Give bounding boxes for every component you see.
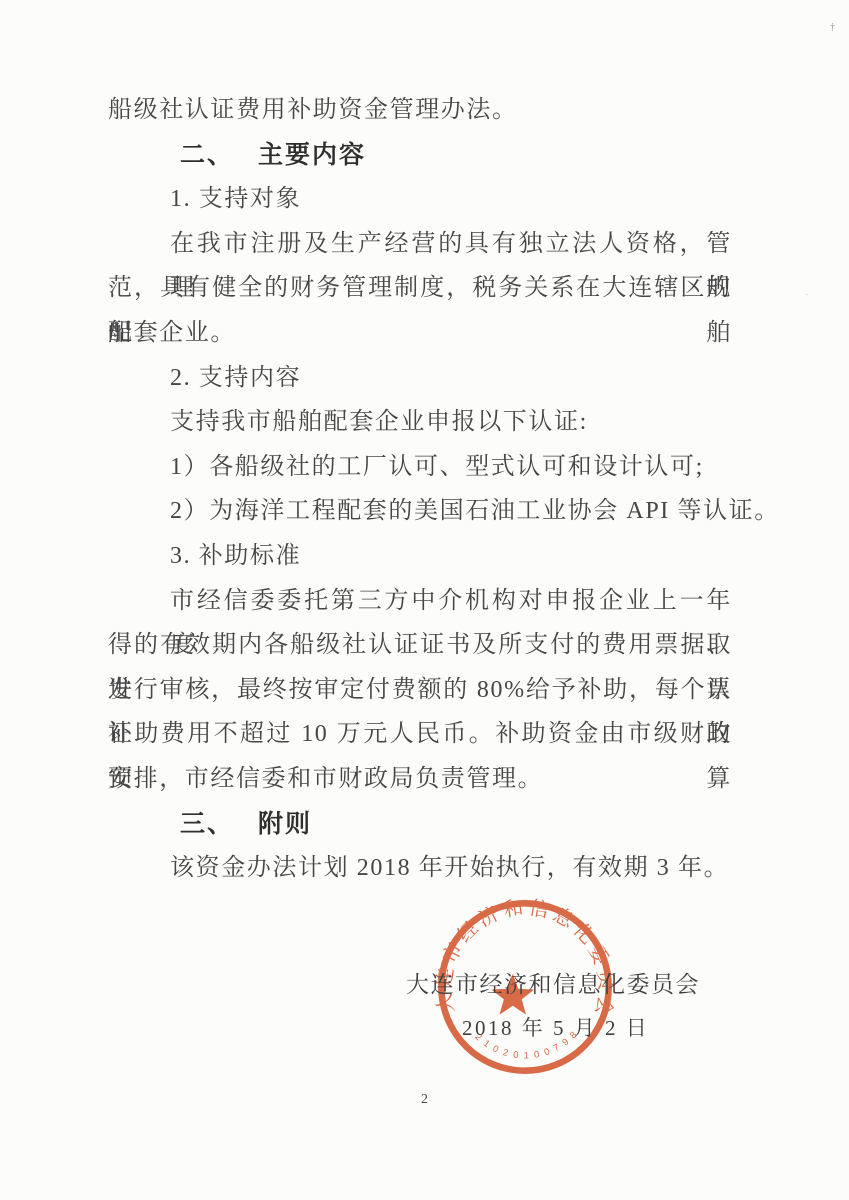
- scan-artifact-mark: †: [830, 22, 835, 33]
- scanned-document-page: 船级社认证费用补助资金管理办法。二、主要内容1. 支持对象在我市注册及生产经营的…: [0, 0, 849, 1200]
- scan-artifact-speck: .: [806, 288, 808, 297]
- text-line: 1）各船级社的工厂认可、型式认可和设计认可;: [108, 445, 732, 490]
- section-title: 主要内容: [258, 141, 366, 169]
- text-line: 1. 支持对象: [108, 177, 732, 222]
- signature-date: 2018 年 5 月 2 日: [462, 1012, 649, 1042]
- text-line: 3. 补助标准: [108, 534, 732, 579]
- text-line: 2）为海洋工程配套的美国石油工业协会 API 等认证。: [108, 489, 732, 534]
- text-line: 市经信委委托第三方中介机构对申报企业上一年度取: [108, 579, 732, 624]
- page-number: 2: [0, 1092, 849, 1108]
- seal-org-text: 大连市经济和信息化委员会: [433, 897, 617, 1018]
- document-lines: 船级社认证费用补助资金管理办法。二、主要内容1. 支持对象在我市注册及生产经营的…: [108, 88, 732, 891]
- text-line: 范，具有健全的财务管理制度，税务关系在大连辖区的船舶: [108, 266, 732, 311]
- text-line: 支持我市船舶配套企业申报以下认证:: [108, 400, 732, 445]
- signature-org-name: 大连市经济和信息化委员会: [406, 966, 700, 999]
- text-line: 得的有效期内各船级社认证证书及所支付的费用票据、发票: [108, 623, 732, 668]
- section-number: 三、: [180, 810, 234, 838]
- section-title: 附则: [258, 810, 312, 838]
- text-line: 船级社认证费用补助资金管理办法。: [108, 88, 732, 133]
- section-number: 二、: [180, 141, 234, 169]
- section-heading: 二、主要内容: [108, 133, 732, 178]
- text-line: 在我市注册及生产经营的具有独立法人资格，管理规: [108, 222, 732, 267]
- text-line: 该资金办法计划 2018 年开始执行，有效期 3 年。: [108, 846, 732, 891]
- section-heading: 三、附则: [108, 802, 732, 847]
- text-line: 2. 支持内容: [108, 356, 732, 401]
- text-line: 进行审核，最终按审定付费额的 80%给予补助，每个认证的: [108, 668, 732, 713]
- text-line: 补助费用不超过 10 万元人民币。补助资金由市级财政预算: [108, 712, 732, 757]
